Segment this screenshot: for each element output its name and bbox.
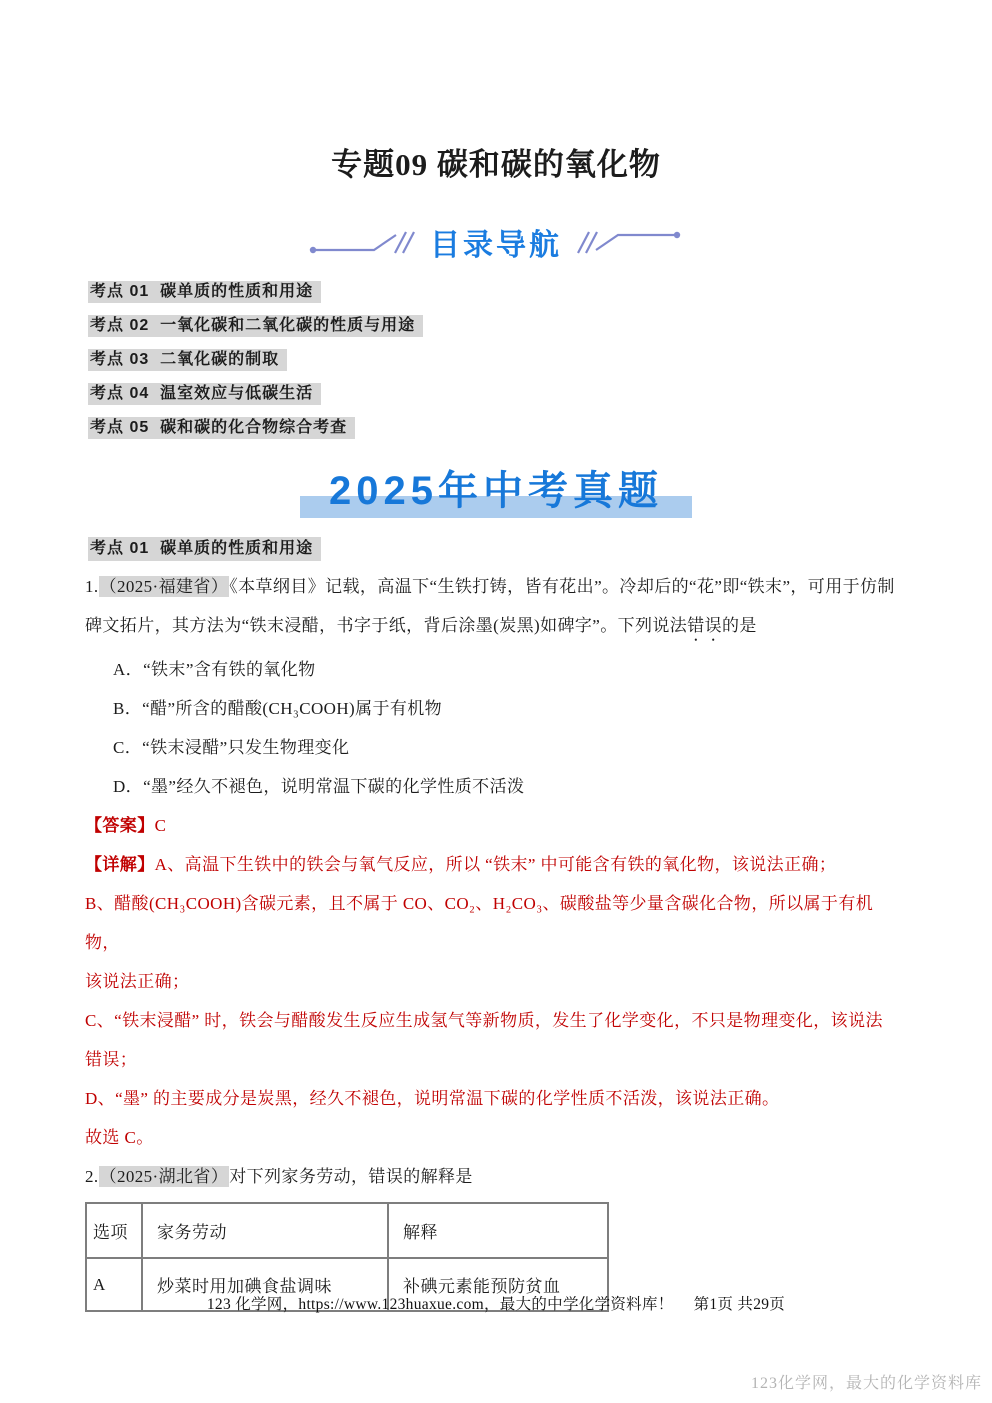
corner-watermark: 123化学网，最大的化学资料库 [751,1370,982,1393]
toc-nav-banner: 目录导航 [0,219,992,265]
page-footer: 123 化学网，https://www.123huaxue.com，最大的中学化… [0,1292,992,1314]
q1-stem-text-1: 《本草纲目》记载，高温下“生铁打铸，皆有花出”。冷却后的“花”即“铁末”，可用于… [229,577,895,596]
footer-page-info: 第1页 共29页 [678,1296,785,1313]
toc-item-kaodian-03: 考点 03 二氧化碳的制取 [88,349,287,371]
q1-conclusion-line: 故选 C。 [85,1118,907,1157]
q1-number: 1. [85,577,99,596]
q2-stem-text: 对下列家务劳动，错误的解释是 [229,1167,473,1186]
q1-detail-line-3: 该说法正确； [85,962,907,1001]
q1-detail-line-5: 错误； [85,1040,907,1079]
q1-option-c-label: C． [113,738,142,757]
year-banner-label: 2025年中考真题 [0,465,992,517]
q1-option-c-text: “铁末浸醋”只发生物理变化 [142,738,349,757]
toc-item-kaodian-04: 考点 04 温室效应与低碳生活 [88,383,321,405]
question-1: 1.（2025·福建省）《本草纲目》记载，高温下“生铁打铸，皆有花出”。冷却后的… [85,567,907,1196]
q1-detail-text-1: A、高温下生铁中的铁会与氧气反应，所以 “铁末” 中可能含有铁的氧化物，该说法正… [155,855,837,874]
q1-detail-line-6: D、“墨” 的主要成分是炭黑，经久不褪色，说明常温下碳的化学性质不活泼，该说法正… [85,1079,907,1118]
q1-stem-emphasized-word: 错误 [687,616,722,635]
q1-stem-line-2: 碑文拓片，其方法为“铁末浸醋，书字于纸，背后涂墨(炭黑)如碑字”。下列说法错误的… [85,606,907,645]
q1-option-a-text: “铁末”含有铁的氧化物 [143,660,316,679]
q1-option-a-label: A． [113,660,143,679]
q2-table-header-row: 选项 家务劳动 解释 [86,1203,608,1258]
q1-stem-text-3: 的是 [722,616,757,635]
q1-detail-line-2: B、醋酸(CH₃COOH)含碳元素，且不属于 CO、CO₂、H₂CO₃、碳酸盐等… [85,884,907,962]
q1-answer-value: C [155,816,167,835]
toc-item-kaodian-05: 考点 05 碳和碳的化合物综合考查 [88,417,355,439]
toc-list: 考点 01 碳单质的性质和用途 考点 02 一氧化碳和二氧化碳的性质与用途 考点… [88,281,992,439]
q2-table-header-explanation: 解释 [388,1203,608,1258]
q1-answer-line: 【答案】C [85,806,907,845]
q1-option-b: B．“醋”所含的醋酸(CH₃COOH)属于有机物 [85,689,907,728]
toc-item-kaodian-02: 考点 02 一氧化碳和二氧化碳的性质与用途 [88,315,423,337]
section-header-kaodian-01: 考点 01 碳单质的性质和用途 [88,537,321,561]
footer-site-text: 123 化学网，https://www.123huaxue.com，最大的中学化… [207,1296,674,1313]
q1-stem-line-1: 1.（2025·福建省）《本草纲目》记载，高温下“生铁打铸，皆有花出”。冷却后的… [85,567,907,606]
nav-left-line-icon [308,225,420,259]
q1-detail-line-4: C、“铁末浸醋” 时，铁会与醋酸发生反应生成氢气等新物质，发生了化学变化，不只是… [85,1001,907,1040]
q1-option-a: A．“铁末”含有铁的氧化物 [85,650,907,689]
q1-source: （2025·福建省） [99,576,230,597]
q1-option-b-text: “醋”所含的醋酸(CH₃COOH)属于有机物 [142,699,442,718]
toc-nav-label: 目录导航 [430,220,562,264]
toc-item-kaodian-01: 考点 01 碳单质的性质和用途 [88,281,321,303]
q2-number: 2. [85,1167,99,1186]
question-2-stem: 2.（2025·湖北省）对下列家务劳动，错误的解释是 [85,1157,907,1196]
q1-detail-line-1: 【详解】A、高温下生铁中的铁会与氧气反应，所以 “铁末” 中可能含有铁的氧化物，… [85,845,907,884]
q1-detail-label: 【详解】 [85,855,155,874]
q1-answer-label: 【答案】 [85,816,155,835]
q2-table-header-task: 家务劳动 [142,1203,388,1258]
q1-option-b-label: B． [113,699,142,718]
q1-stem-text-2: 碑文拓片，其方法为“铁末浸醋，书字于纸，背后涂墨(炭黑)如碑字”。下列说法 [85,616,687,635]
q1-option-d-label: D． [113,777,143,796]
q2-source: （2025·湖北省） [99,1166,230,1187]
q1-options: A．“铁末”含有铁的氧化物 B．“醋”所含的醋酸(CH₃COOH)属于有机物 C… [85,650,907,806]
year-banner: 2025年中考真题 [0,465,992,519]
q1-option-c: C．“铁末浸醋”只发生物理变化 [85,728,907,767]
q1-option-d: D．“墨”经久不褪色，说明常温下碳的化学性质不活泼 [85,767,907,806]
nav-right-line-icon [572,225,684,259]
q1-option-d-text: “墨”经久不褪色，说明常温下碳的化学性质不活泼 [143,777,524,796]
page-title: 专题09 碳和碳的氧化物 [0,0,992,185]
document-page: 专题09 碳和碳的氧化物 目录导航 考点 01 碳单质的性质和用途 考点 02 … [0,0,992,1403]
q2-table-header-option: 选项 [86,1203,142,1258]
